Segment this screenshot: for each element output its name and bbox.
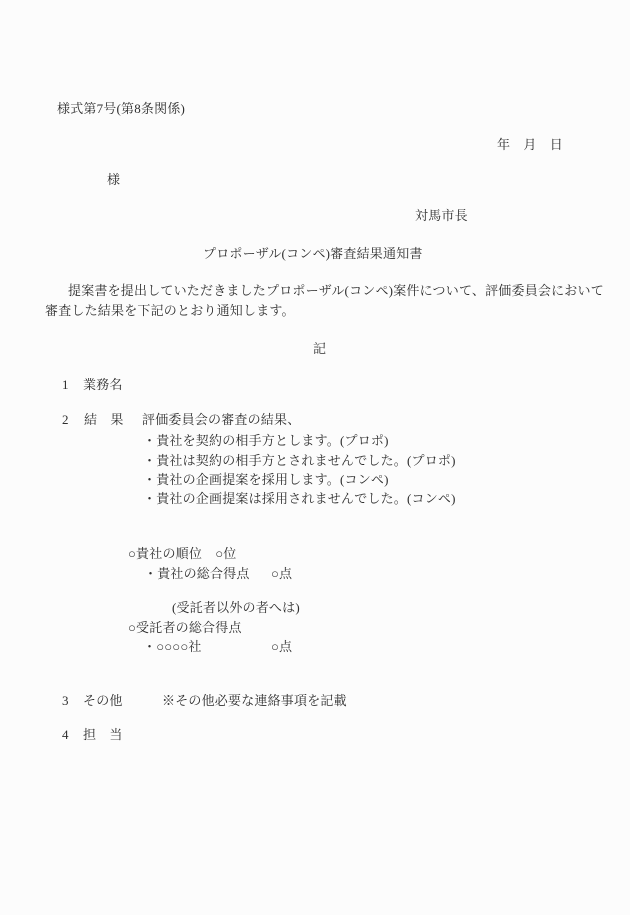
section1-label: 業務名 xyxy=(83,377,123,392)
contractor-score-header: ○受託者の総合得点 xyxy=(128,620,242,635)
document-title: プロポーザル(コンペ)審査結果通知書 xyxy=(203,246,423,261)
result-option-4: ・貴社の企画提案は採用されませんでした。(コンペ) xyxy=(143,491,456,506)
section2-label: 結 果 xyxy=(84,412,124,427)
section4-label: 担 当 xyxy=(83,727,123,742)
document-page: 様式第7号(第8条関係) 年 月 日 様 対馬市長 プロポーザル(コンペ)審査結… xyxy=(0,0,630,915)
intro-line-2: 審査した結果を下記のとおり通知します。 xyxy=(45,303,295,318)
result-option-1: ・貴社を契約の相手方とします。(プロポ) xyxy=(143,433,389,448)
form-number: 様式第7号(第8条関係) xyxy=(57,101,185,116)
section3-note: ※その他必要な連絡事項を記載 xyxy=(162,693,347,708)
company-line: ・○○○○社 xyxy=(143,639,202,654)
addressee-suffix: 様 xyxy=(107,172,120,187)
result-option-2: ・貴社は契約の相手方とされませんでした。(プロポ) xyxy=(143,453,456,468)
date-placeholder: 年 月 日 xyxy=(497,137,563,152)
rank-line: ○貴社の順位 ○位 xyxy=(128,546,237,561)
own-score-value: ○点 xyxy=(271,566,292,581)
section3-label: その他 xyxy=(83,693,123,708)
intro-line-1: 提案書を提出していただきましたプロポーザル(コンペ)案件について、評価委員会にお… xyxy=(68,283,604,298)
section4-number: 4 xyxy=(62,727,69,742)
company-score-value: ○点 xyxy=(271,639,292,654)
section2-lead: 評価委員会の審査の結果、 xyxy=(142,412,300,427)
record-mark: 記 xyxy=(313,341,326,356)
section1-number: 1 xyxy=(62,377,69,392)
result-option-3: ・貴社の企画提案を採用します。(コンペ) xyxy=(143,472,389,487)
sender-title: 対馬市長 xyxy=(415,208,468,223)
section3-number: 3 xyxy=(62,693,69,708)
non-contractor-note: (受託者以外の者へは) xyxy=(172,600,300,615)
section2-number: 2 xyxy=(62,412,69,427)
own-score-label: ・貴社の総合得点 xyxy=(144,566,250,581)
